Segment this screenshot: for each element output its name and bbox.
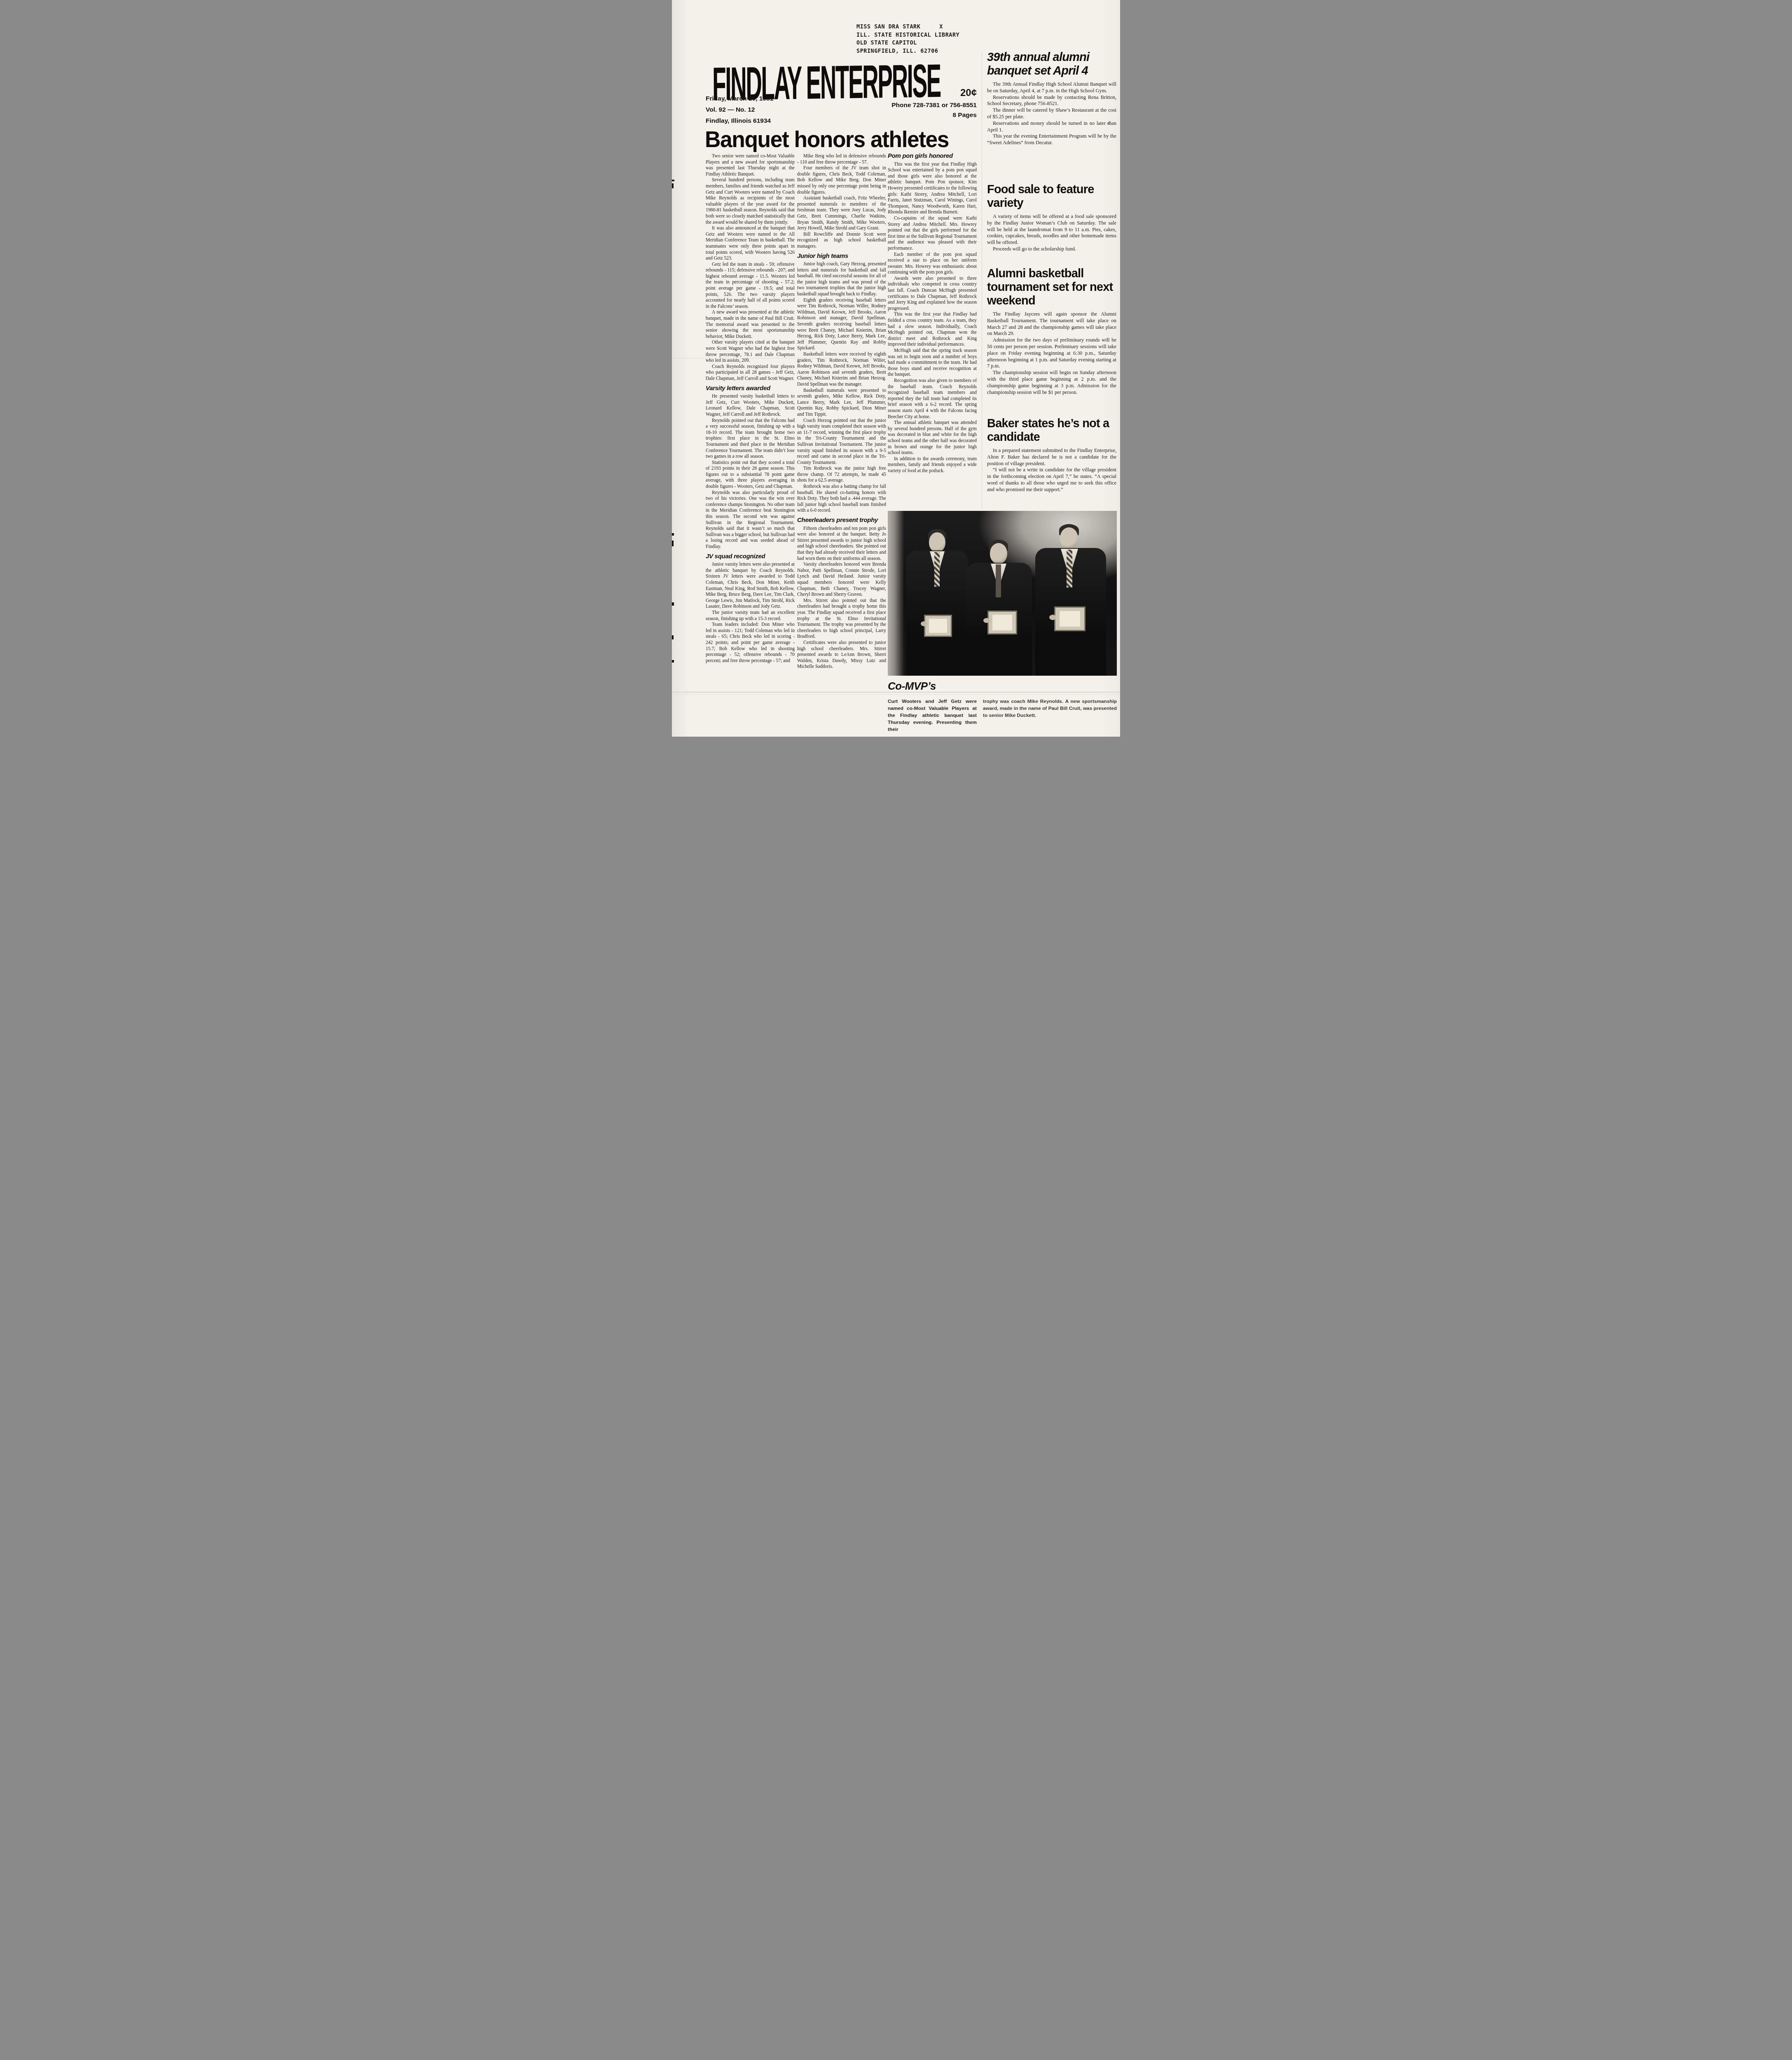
paragraph: Reynolds pointed out that the Falcons ha… bbox=[706, 418, 795, 460]
mailing-label-recipient: MISS SAN DRA STARK bbox=[856, 23, 920, 31]
mailing-label-line: OLD STATE CAPITOL bbox=[856, 39, 959, 47]
photo-caption-left: Curt Wooters and Jeff Getz were named co… bbox=[888, 698, 977, 733]
paragraph: Statistics point out that they scored a … bbox=[706, 460, 795, 490]
issue-price: 20¢ bbox=[853, 87, 977, 99]
paragraph: Coach Reynolds recognized four players w… bbox=[706, 364, 795, 382]
paragraph: Getz led the team in steals - 59; offens… bbox=[706, 262, 795, 310]
award-plaque bbox=[924, 615, 952, 637]
paragraph: Mrs. Stirret also pointed out that the c… bbox=[797, 598, 886, 640]
photo-caption-right: trophy was coach Mike Reynolds. A new sp… bbox=[983, 698, 1117, 719]
subhead-varsity-letters: Varsity letters awarded bbox=[706, 386, 795, 392]
sidebar-headline: Food sale to feature variety bbox=[987, 183, 1116, 210]
paragraph: McHugh said that the spring track season… bbox=[888, 348, 977, 378]
issue-phone: Phone 728-7381 or 756-8551 bbox=[853, 102, 977, 109]
scan-artifact-mark bbox=[672, 541, 674, 546]
paragraph: This was the first year that Findlay had… bbox=[888, 311, 977, 348]
sidebar-headline: 39th annual alumni banquet set April 4 bbox=[987, 51, 1116, 78]
paragraph: Mike Berg who led in defensive rebounds … bbox=[797, 153, 886, 165]
issue-date: Friday, March 20, 1981 bbox=[706, 93, 773, 104]
photo-caption-title: Co-MVP’s bbox=[888, 680, 936, 693]
paragraph: Rothrock was also a batting champ for fa… bbox=[797, 484, 886, 514]
paragraph: Bill Rowcliffe and Donnie Scott were rec… bbox=[797, 232, 886, 250]
sidebar-headline: Baker states he’s not a candidate bbox=[987, 417, 1116, 444]
newspaper-front-page: MISS SAN DRA STARK X ILL. STATE HISTORIC… bbox=[672, 0, 1120, 737]
scan-artifact-mark bbox=[672, 180, 674, 181]
paragraph: Several hundred persons, including team … bbox=[706, 177, 795, 225]
scan-artifact-mark bbox=[672, 660, 674, 662]
award-plaque bbox=[987, 611, 1017, 634]
paragraph: Basketball letters were received by eigh… bbox=[797, 351, 886, 388]
issue-meta: 20¢ Phone 728-7381 or 756-8551 8 Pages bbox=[853, 87, 977, 119]
paragraph: Co-captains of the squad were Kathi Stor… bbox=[888, 215, 977, 252]
paragraph: Proceeds will go to the scholarship fund… bbox=[987, 246, 1116, 253]
issue-location: Findlay, Illinois 61934 bbox=[706, 115, 773, 126]
paragraph: It was also announced at the banquet tha… bbox=[706, 225, 795, 262]
sidebar-headline: Alumni basketball tournament set for nex… bbox=[987, 267, 1116, 308]
paragraph: Admission for the two days of preliminar… bbox=[987, 337, 1116, 370]
column-divider bbox=[982, 52, 982, 509]
paragraph: This year the evening Entertainment Prog… bbox=[987, 133, 1116, 146]
mailing-label: MISS SAN DRA STARK X ILL. STATE HISTORIC… bbox=[856, 23, 959, 55]
paragraph: Recognition was also given to members of… bbox=[888, 378, 977, 420]
paragraph: Fifteen cheerleaders and ten pom pon gir… bbox=[797, 526, 886, 562]
paragraph: Varsity cheerleaders honored were Brenda… bbox=[797, 562, 886, 598]
paragraph: The junior varsity team had an excellent… bbox=[706, 610, 795, 622]
sidebar-article-food-sale: Food sale to feature variety A variety o… bbox=[987, 183, 1116, 253]
paragraph: Other varsity players cited at the banqu… bbox=[706, 339, 795, 363]
article-column-2: Mike Berg who led in defensive rebounds … bbox=[797, 153, 886, 670]
paragraph: Basketball numerals were presented to se… bbox=[797, 388, 886, 418]
paragraph: This was the first year that Findlay Hig… bbox=[888, 162, 977, 215]
paragraph: The championship session will begin on S… bbox=[987, 370, 1116, 396]
paragraph: He presented varsity basketball letters … bbox=[706, 393, 795, 417]
scan-artifact-line bbox=[672, 358, 981, 358]
scan-artifact-mark bbox=[672, 602, 674, 606]
article-column-3: Pom pon girls honored This was the first… bbox=[888, 153, 977, 474]
main-headline: Banquet honors athletes bbox=[705, 126, 949, 152]
paragraph: Eighth graders receiving baseball letter… bbox=[797, 297, 886, 351]
mailing-label-mark: X bbox=[939, 23, 943, 31]
paragraph: Two senior were named co-Most Valuable P… bbox=[706, 153, 795, 177]
paragraph: Reynolds was also particularly proud of … bbox=[706, 490, 795, 550]
paragraph: Junior varsity letters were also present… bbox=[706, 562, 795, 610]
paragraph: The 39th Annual Findlay High School Alum… bbox=[987, 81, 1116, 94]
scan-artifact-mark bbox=[672, 183, 674, 188]
paragraph: Tim Rothrock was the junior high free th… bbox=[797, 466, 886, 484]
sidebar-article-alumni-tournament: Alumni basketball tournament set for nex… bbox=[987, 267, 1116, 396]
paragraph: In a prepared statement submitted to the… bbox=[987, 447, 1116, 467]
paragraph: Team leaders included: Don Miner who led… bbox=[706, 622, 795, 664]
paragraph: Reservations and money should be turned … bbox=[987, 120, 1116, 133]
paragraph: Coach Herzog pointed out that the junior… bbox=[797, 418, 886, 466]
paragraph: Assistant basketball coach, Fritz Wheele… bbox=[797, 195, 886, 232]
paragraph: The Findlay Jaycees will again sponsor t… bbox=[987, 311, 1116, 337]
scan-artifact-mark bbox=[672, 533, 674, 536]
scan-artifact-mark bbox=[672, 635, 674, 639]
paragraph: Junior high coach, Gary Herzog, presente… bbox=[797, 261, 886, 297]
banquet-award-photo bbox=[888, 511, 1117, 676]
issue-volume: Vol. 92 — No. 12 bbox=[706, 104, 773, 115]
scan-artifact-line bbox=[672, 694, 1120, 695]
issue-page-count: 8 Pages bbox=[853, 112, 977, 119]
subhead-junior-high-teams: Junior high teams bbox=[797, 253, 886, 260]
dateline: Friday, March 20, 1981 Vol. 92 — No. 12 … bbox=[706, 93, 773, 126]
paragraph: The annual athletic banquet was attended… bbox=[888, 420, 977, 456]
paragraph: Awards were also presented to three indi… bbox=[888, 276, 977, 312]
paragraph: Each member of the pom pon squad receive… bbox=[888, 252, 977, 276]
paragraph: Four members of the JV team shot in doub… bbox=[797, 165, 886, 195]
subhead-pom-pon-girls: Pom pon girls honored bbox=[888, 153, 977, 159]
sidebar-article-alumni-banquet: 39th annual alumni banquet set April 4 T… bbox=[987, 51, 1116, 146]
sidebar-article-baker-candidate: Baker states he’s not a candidate In a p… bbox=[987, 417, 1116, 493]
paragraph: Reservations should be made by contactin… bbox=[987, 94, 1116, 108]
scan-artifact-line bbox=[672, 692, 1120, 693]
article-column-1: Two senior were named co-Most Valuable P… bbox=[706, 153, 795, 664]
paragraph: In addition to the awards ceremony, team… bbox=[888, 456, 977, 474]
paragraph: “I will not be a write in candidate for … bbox=[987, 467, 1116, 493]
paragraph: Certificates were also presented to juni… bbox=[797, 640, 886, 670]
subhead-jv-squad: JV squad recognized bbox=[706, 554, 795, 560]
subhead-cheerleaders-trophy: Cheerleaders present trophy bbox=[797, 517, 886, 524]
award-plaque bbox=[1054, 606, 1085, 631]
paragraph: The dinner will be catered by Shaw’s Res… bbox=[987, 107, 1116, 120]
mailing-label-line: ILL. STATE HISTORICAL LIBRARY bbox=[856, 31, 959, 40]
paragraph: A variety of items will be offered at a … bbox=[987, 213, 1116, 246]
paragraph: A new award was presented at the athleti… bbox=[706, 309, 795, 339]
